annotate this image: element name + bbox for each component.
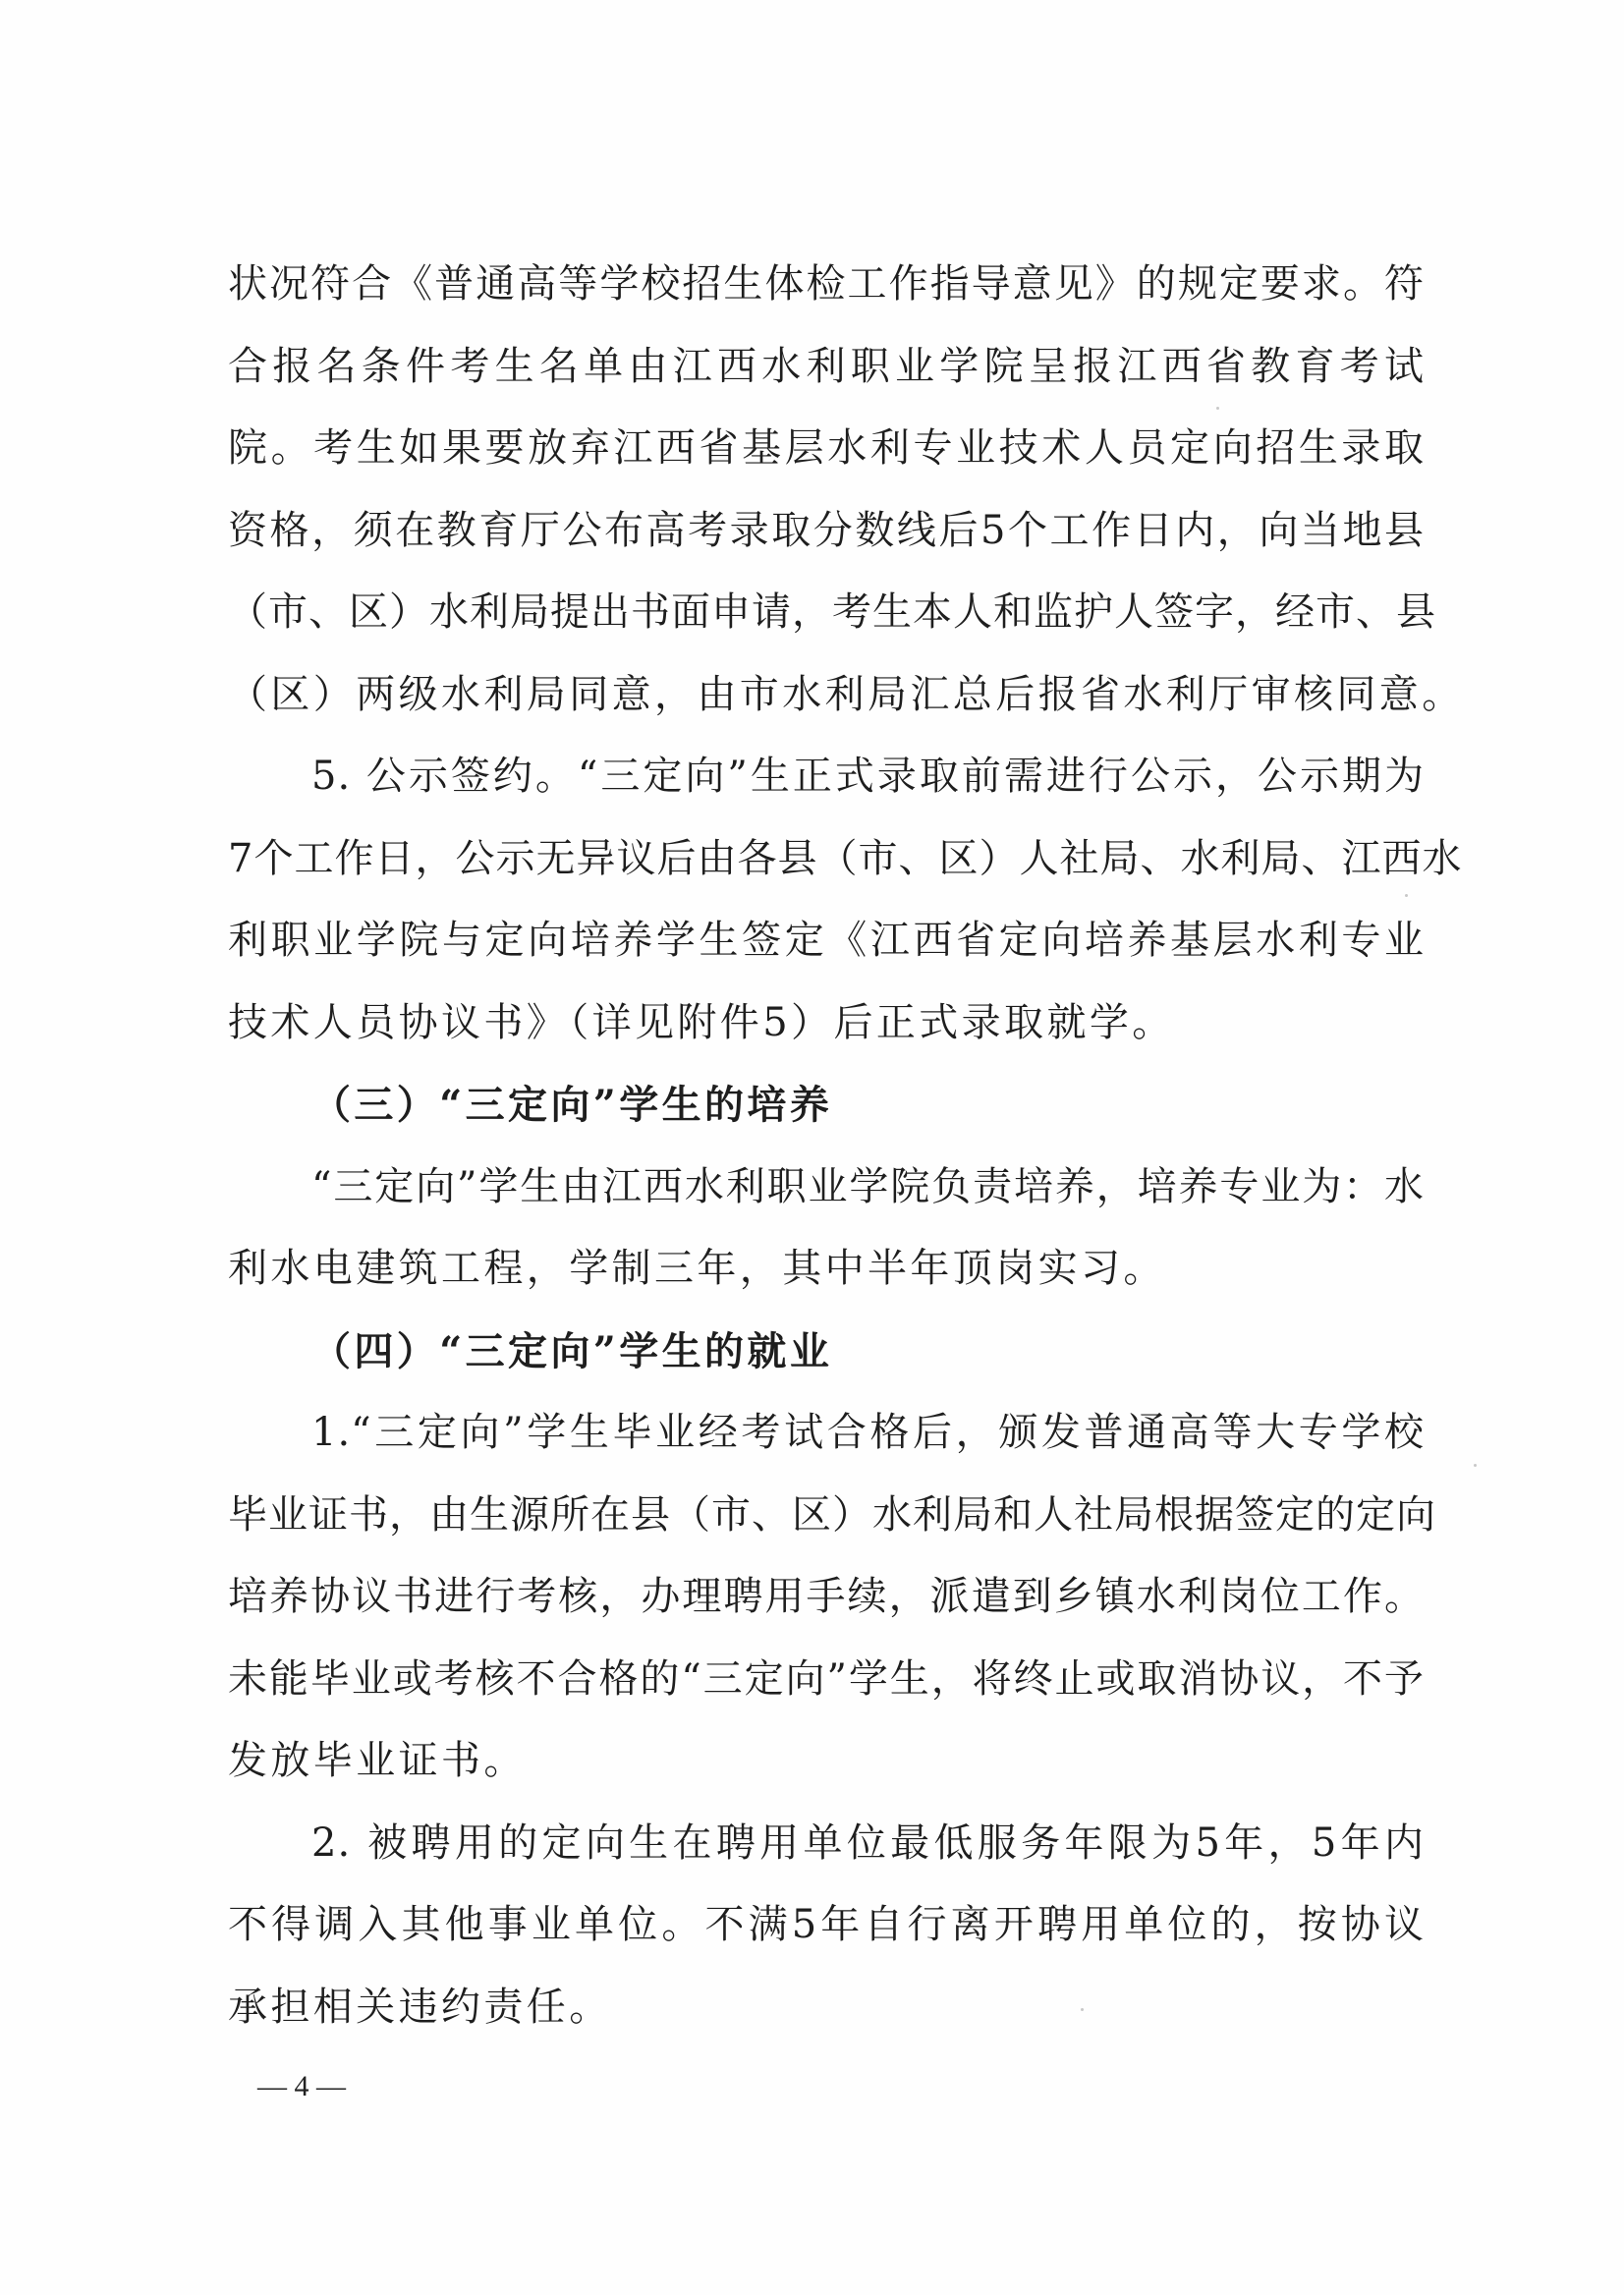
text-line: （市、区）水利局提出书面申请，考生本人和监护人签字，经市、县 bbox=[228, 572, 1425, 654]
text-line: 合报名条件考生名单由江西水利职业学院呈报江西省教育考试 bbox=[228, 326, 1425, 409]
text-line: 利水电建筑工程，学制三年，其中半年顶岗实习。 bbox=[228, 1228, 1425, 1311]
paragraph-item-1-graduation: 1.“三定向”学生毕业经考试合格后，颁发普通高等大专学校 毕业证书，由生源所在县… bbox=[228, 1392, 1425, 1803]
heading-text: （三）“三定向”学生的培养 bbox=[228, 1064, 1425, 1147]
text-line: 资格，须在教育厅公布高考录取分数线后5个工作日内，向当地县 bbox=[228, 490, 1425, 573]
section-heading-training: （三）“三定向”学生的培养 bbox=[228, 1064, 1425, 1147]
scan-speck bbox=[1216, 407, 1219, 410]
document-body: 状况符合《普通高等学校招生体检工作指导意见》的规定要求。符 合报名条件考生名单由… bbox=[228, 244, 1425, 2048]
paragraph-item-5-public-notice: 5. 公示签约。“三定向”生正式录取前需进行公示，公示期为 7个工作日，公示无异… bbox=[228, 736, 1425, 1064]
paragraph-item-2-service-term: 2. 被聘用的定向生在聘用单位最低服务年限为5年，5年内 不得调入其他事业单位。… bbox=[228, 1803, 1425, 2049]
paragraph-registration-continuation: 状况符合《普通高等学校招生体检工作指导意见》的规定要求。符 合报名条件考生名单由… bbox=[228, 244, 1425, 736]
scan-speck bbox=[1474, 1464, 1477, 1467]
text-line: 利职业学院与定向培养学生签定《江西省定向培养基层水利专业 bbox=[228, 900, 1425, 982]
heading-text: （四）“三定向”学生的就业 bbox=[228, 1311, 1425, 1393]
text-line: “三定向”学生由江西水利职业学院负责培养，培养专业为：水 bbox=[228, 1147, 1425, 1229]
page-number: — 4 — bbox=[257, 2067, 346, 2106]
text-line: 2. 被聘用的定向生在聘用单位最低服务年限为5年，5年内 bbox=[228, 1803, 1425, 1885]
text-line: 承担相关违约责任。 bbox=[228, 1967, 1425, 2049]
section-heading-employment: （四）“三定向”学生的就业 bbox=[228, 1311, 1425, 1393]
text-line: 5. 公示签约。“三定向”生正式录取前需进行公示，公示期为 bbox=[228, 736, 1425, 818]
text-line: （区）两级水利局同意，由市水利局汇总后报省水利厅审核同意。 bbox=[228, 654, 1425, 737]
text-line: 状况符合《普通高等学校招生体检工作指导意见》的规定要求。符 bbox=[228, 244, 1425, 326]
text-line: 7个工作日，公示无异议后由各县（市、区）人社局、水利局、江西水 bbox=[228, 818, 1425, 901]
text-line: 发放毕业证书。 bbox=[228, 1720, 1425, 1803]
scan-speck bbox=[1405, 894, 1408, 897]
scan-speck bbox=[1081, 2008, 1084, 2011]
text-line: 1.“三定向”学生毕业经考试合格后，颁发普通高等大专学校 bbox=[228, 1392, 1425, 1475]
text-line: 不得调入其他事业单位。不满5年自行离开聘用单位的，按协议 bbox=[228, 1884, 1425, 1967]
text-line: 培养协议书进行考核，办理聘用手续，派遣到乡镇水利岗位工作。 bbox=[228, 1556, 1425, 1639]
document-page: 状况符合《普通高等学校招生体检工作指导意见》的规定要求。符 合报名条件考生名单由… bbox=[0, 0, 1624, 2295]
text-line: 院。考生如果要放弃江西省基层水利专业技术人员定向招生录取 bbox=[228, 408, 1425, 490]
text-line: 毕业证书，由生源所在县（市、区）水利局和人社局根据签定的定向 bbox=[228, 1475, 1425, 1557]
text-line: 未能毕业或考核不合格的“三定向”学生，将终止或取消协议，不予 bbox=[228, 1639, 1425, 1721]
paragraph-training: “三定向”学生由江西水利职业学院负责培养，培养专业为：水 利水电建筑工程，学制三… bbox=[228, 1147, 1425, 1311]
text-line: 技术人员协议书》（详见附件5）后正式录取就学。 bbox=[228, 982, 1425, 1065]
